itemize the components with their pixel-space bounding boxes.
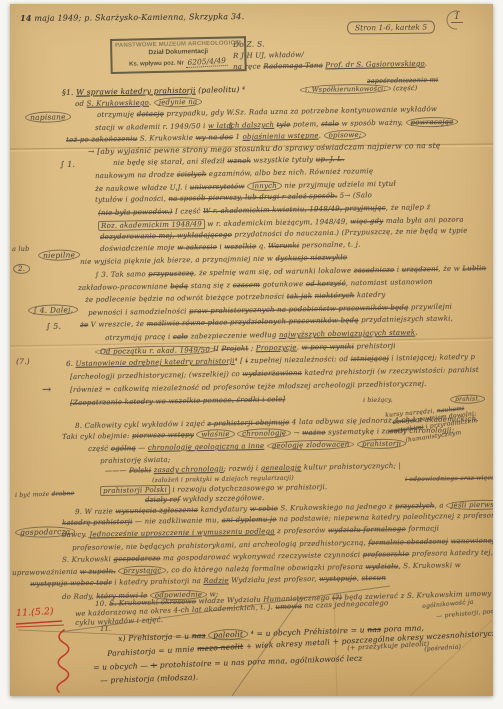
manuscript-line: otrzymają pracę i całe zabezpieczenie we…: [105, 329, 418, 342]
manuscript-line: naukowym na drodze ścisłych egzaminów, a…: [95, 167, 373, 180]
manuscript-line: i odpowiedniego oraz więcej: [405, 474, 493, 483]
manuscript-line: i bieżący,: [363, 396, 393, 404]
manuscript-line: że V wreszcie, że możliwie równe płace p…: [80, 314, 453, 329]
manuscript-line: (nie była powodów.) I część W r. akademi…: [98, 203, 431, 217]
pages-count-note: Stron 1-6, kartek 5: [347, 21, 435, 35]
manuscript-line: [również = całkowitą niezależność od pro…: [70, 380, 427, 394]
manuscript-line: ∫ 3. Tak samo przypuszczę, że spełnię wa…: [95, 264, 486, 279]
manuscript-line: ∫ 1.: [60, 160, 75, 169]
manuscript-line: (7.): [16, 357, 30, 366]
stamp-register-number: 6205/4/49: [185, 56, 228, 68]
manuscript-line: — prehistorja (młodsza).: [100, 673, 199, 685]
manuscript-line: nie będę się starał, ani śledził wznak w…: [113, 155, 345, 167]
manuscript-line: działy ref wykłady szczegółowe.: [145, 494, 265, 504]
museum-intake-stamp: PAŃSTWOWE MUZEUM ARCHEOLOGICZNE Dział Do…: [110, 36, 247, 74]
stamp-register-line: Ks. wpływu poz. Nr 6205/4/49: [115, 56, 241, 69]
red-filing-annotation: 11.(5.2): [16, 606, 54, 619]
manuscript-line: ogólnikowość ja: [422, 599, 474, 610]
manuscript-line: część ogólną — chronologję geologiczną a…: [88, 438, 406, 454]
page-number: 1: [451, 12, 463, 23]
manuscript-line: R J-H UJ, wkładów/: [233, 51, 304, 60]
manuscript-line: ↕: [227, 122, 235, 132]
manuscript-line: §1. W sprawie katedry prahistorji (paleo…: [62, 85, 245, 97]
manuscript-line: doświadczenie moje w zakresie i wszelkie…: [100, 240, 361, 253]
manuscript-line: ∫ 5.: [46, 322, 61, 331]
manuscript-line: →: [42, 383, 52, 396]
manuscript-line: i. Współkierunkowości: (część): [300, 83, 418, 95]
scanned-document: PAŃSTWOWE MUZEUM ARCHEOLOGICZNE Dział Do…: [0, 0, 503, 709]
manuscript-line: 14 maja 1949; p. Skarżysko-Kamienna, Skr…: [20, 11, 244, 23]
manuscript-line: napisane: [25, 111, 71, 123]
manuscript-line: 11.: [100, 625, 111, 633]
manuscript-line: że podlecenie będzie na odwrót bieżące p…: [85, 291, 386, 304]
manuscript-line: nie wyjścia pięknie jak bierze, a przyna…: [80, 253, 347, 266]
manuscript-line: II Projekt ; Propozycje. w porę wyniki p…: [213, 342, 396, 353]
manuscript-page: PAŃSTWOWE MUZEUM ARCHEOLOGICZNE Dział Do…: [10, 4, 493, 696]
manuscript-line: a lub: [12, 245, 30, 253]
manuscript-line: na ręce Radomaga Tana Prof. dr S. Gąsior…: [233, 60, 427, 71]
manuscript-line: Do Z. S.: [233, 39, 265, 49]
manuscript-line: [archeologji przedhistorycznej; (wszelki…: [70, 366, 479, 381]
manuscript-line: dawcy. Jednocześnie uproszczenie i wymus…: [62, 524, 439, 539]
manuscript-line: (pośrednia): [424, 643, 461, 653]
manuscript-line: od S. Krukowskiego. jedynie na: [75, 97, 202, 109]
manuscript-line: niepilne: [38, 249, 80, 261]
manuscript-line: 2.: [13, 264, 30, 274]
stamp-register-label: Ks. wpływu poz. Nr: [129, 60, 184, 67]
manuscript-line: Od początku r. akad. 1949/50.: [95, 345, 218, 357]
manuscript-line: prahistorję świata;: [100, 456, 171, 465]
manuscript-line: prahist.: [450, 394, 485, 404]
manuscript-line: ∫ 4. Dalej,: [28, 304, 78, 316]
manuscript-line: i być może drobne: [15, 490, 74, 499]
manuscript-line: [Zaopatrzenie katedry we wszelkie pomoce…: [70, 395, 285, 407]
manuscript-line: cyklu wykładów i zajęć.: [75, 616, 163, 627]
manuscript-line: — prehistorji, pod: [436, 608, 493, 620]
